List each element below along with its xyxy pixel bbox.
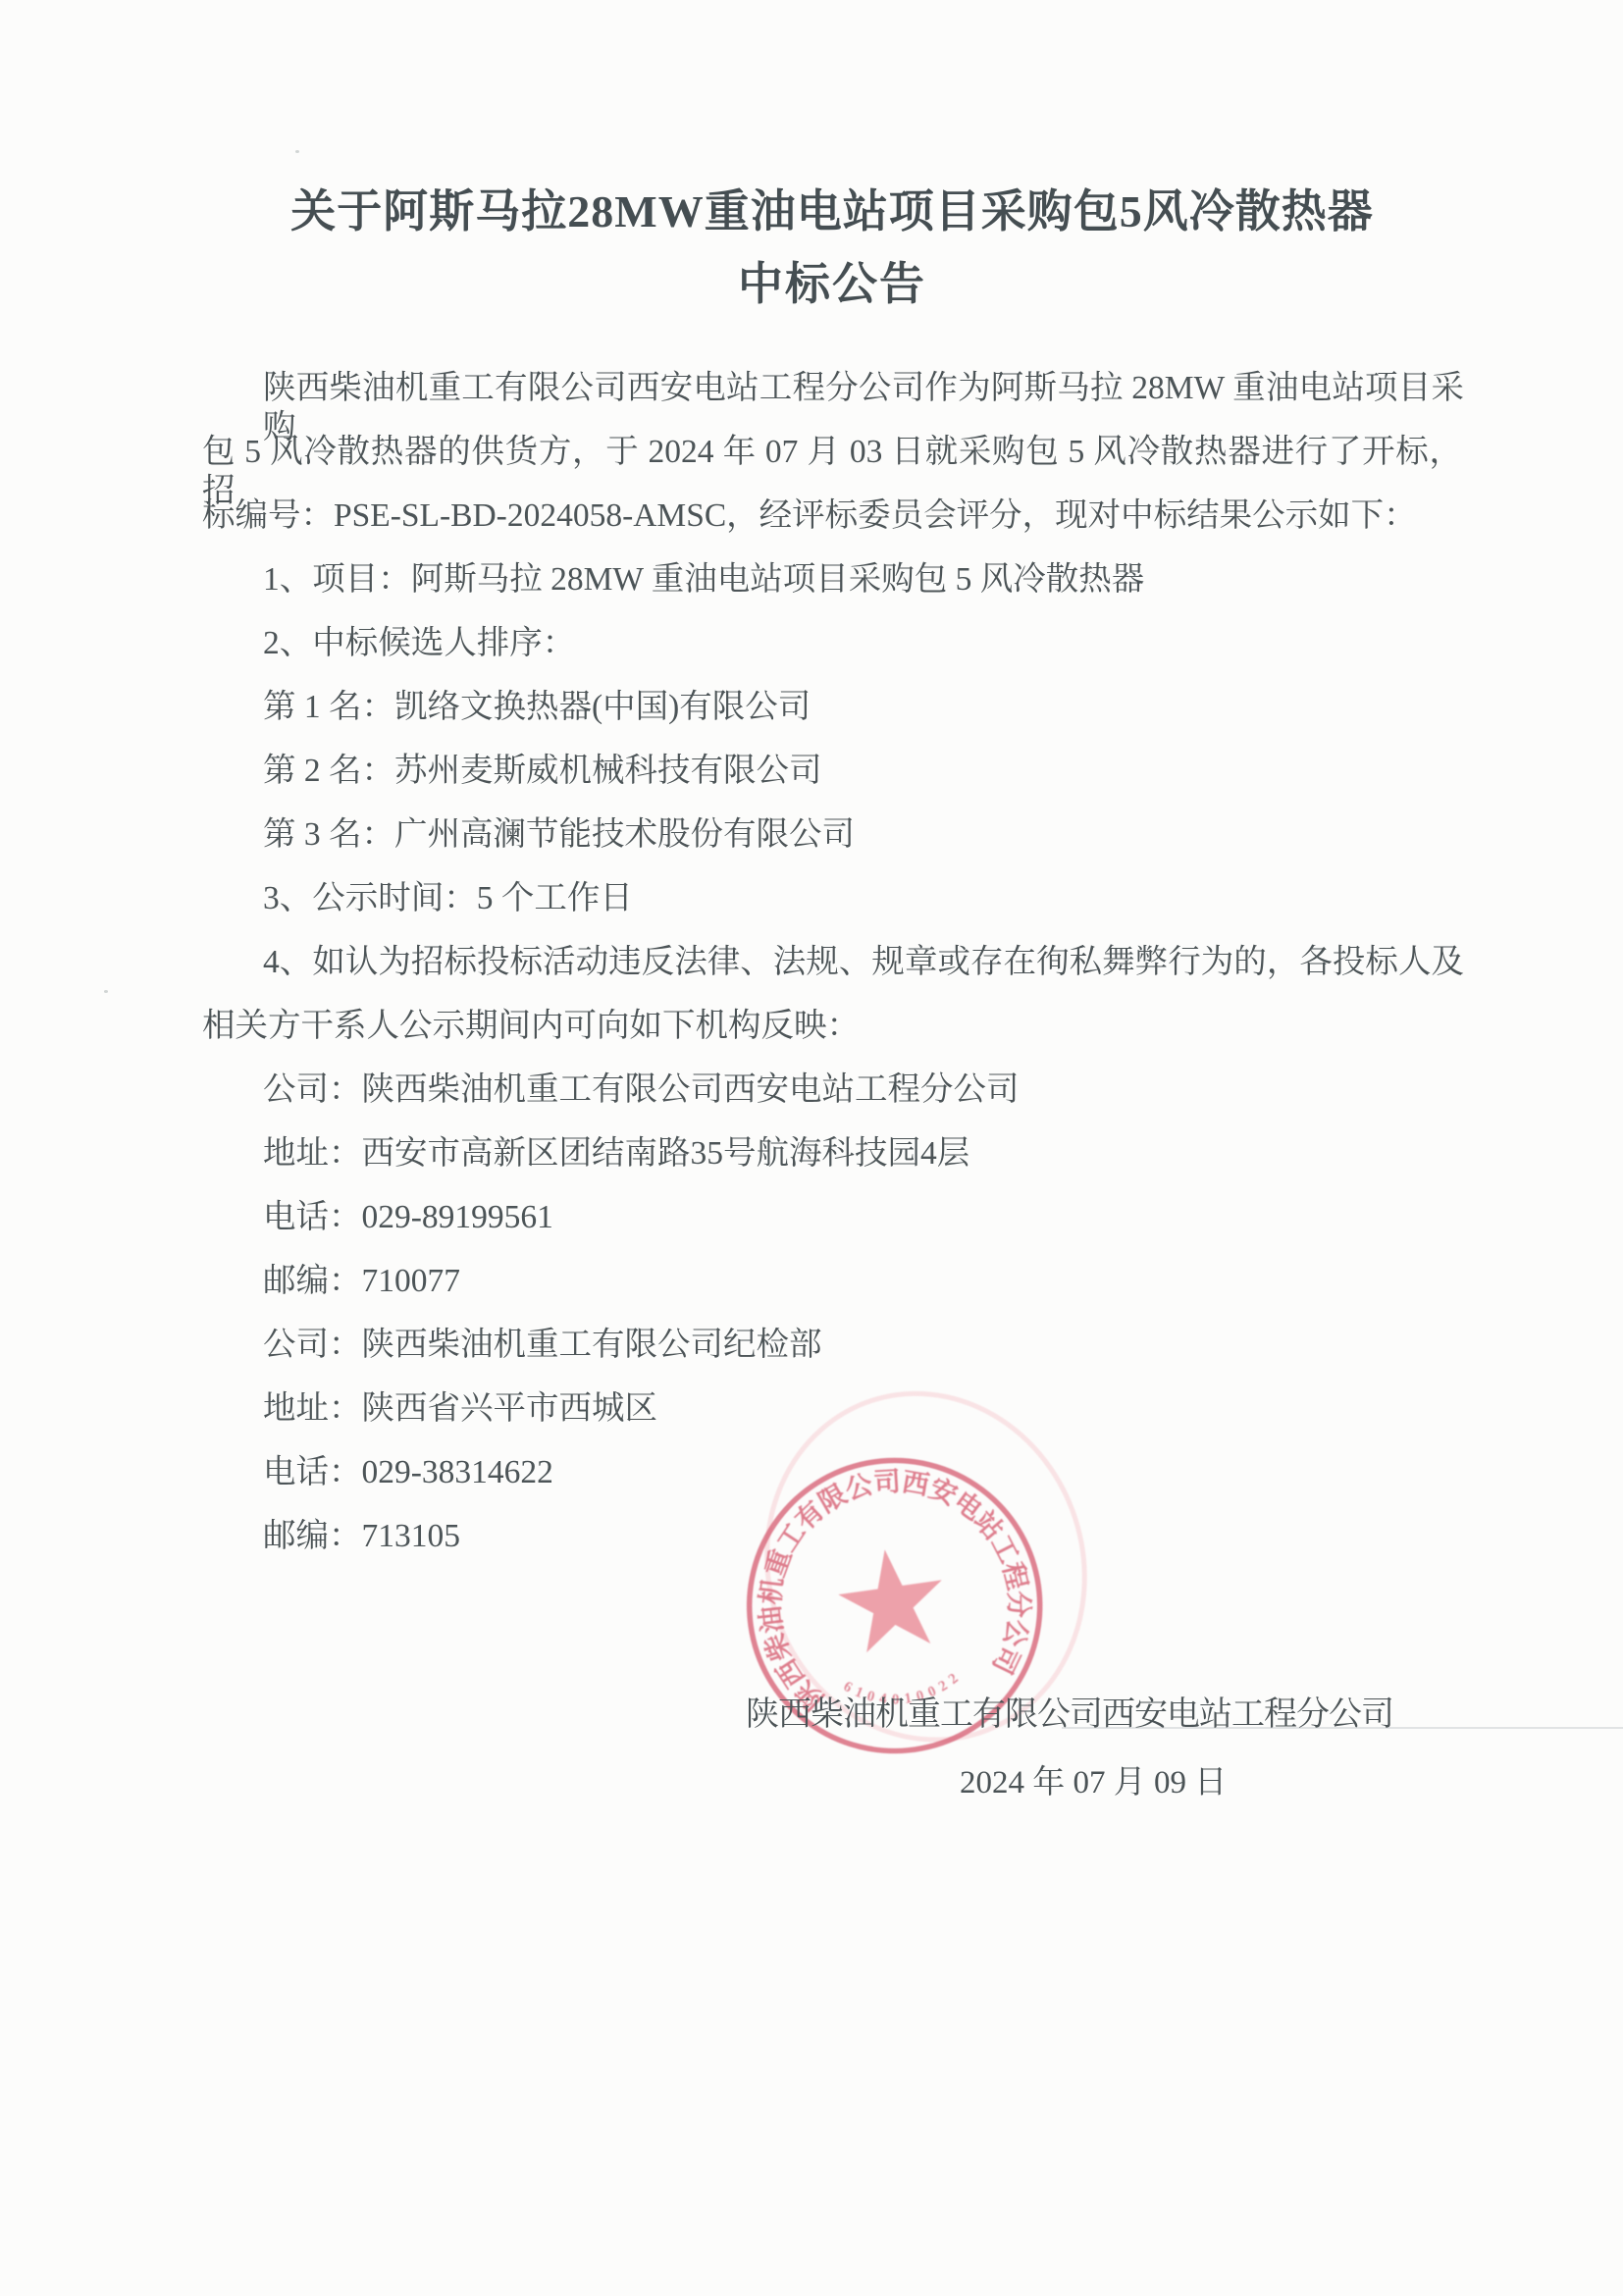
body-line: 2、中标候选人排序： [263, 624, 575, 663]
body-line: 第 3 名：广州高澜节能技术股份有限公司 [263, 815, 855, 855]
body-line: 地址：陕西省兴平市西城区 [263, 1389, 657, 1429]
document-content: 关于阿斯马拉28MW重油电站项目采购包5风冷散热器 中标公告 陕西柴油机重工有限… [202, 0, 1462, 2296]
body-line: 地址：西安市高新区团结南路35号航海科技园4层 [263, 1134, 969, 1174]
stamp-star-icon [833, 1542, 951, 1655]
document-title-line2: 中标公告 [202, 257, 1462, 312]
scanned-document-page: 关于阿斯马拉28MW重油电站项目采购包5风冷散热器 中标公告 陕西柴油机重工有限… [0, 0, 1623, 2296]
body-line: 3、公示时间：5 个工作日 [263, 879, 633, 918]
body-line: 邮编：710077 [263, 1262, 460, 1301]
body-line: 电话：029-38314622 [263, 1453, 553, 1492]
scan-speck [295, 150, 299, 153]
body-line: 4、如认为招标投标活动违反法律、法规、规章或存在徇私舞弊行为的，各投标人及 [263, 943, 1464, 982]
document-title-line1: 关于阿斯马拉28MW重油电站项目采购包5风冷散热器 [202, 184, 1462, 239]
body-line: 电话：029-89199561 [263, 1198, 553, 1237]
body-line: 标编号：PSE-SL-BD-2024058-AMSC，经评标委员会评分，现对中标… [202, 496, 1417, 536]
signature-date: 2024 年 07 月 09 日 [960, 1762, 1227, 1803]
body-line: 第 2 名：苏州麦斯威机械科技有限公司 [263, 752, 822, 791]
body-line: 邮编：713105 [263, 1517, 460, 1556]
body-line: 公司：陕西柴油机重工有限公司纪检部 [263, 1326, 822, 1365]
body-line: 公司：陕西柴油机重工有限公司西安电站工程分公司 [263, 1070, 1020, 1110]
body-line: 相关方干系人公示期间内可向如下机构反映： [202, 1007, 860, 1046]
body-line: 1、项目：阿斯马拉 28MW 重油电站项目采购包 5 风冷散热器 [263, 560, 1144, 600]
body-line: 第 1 名：凯络文换热器(中国)有限公司 [263, 688, 811, 727]
signature-company: 陕西柴油机重工有限公司西安电站工程分公司 [746, 1695, 1393, 1736]
scan-speck [104, 990, 108, 993]
